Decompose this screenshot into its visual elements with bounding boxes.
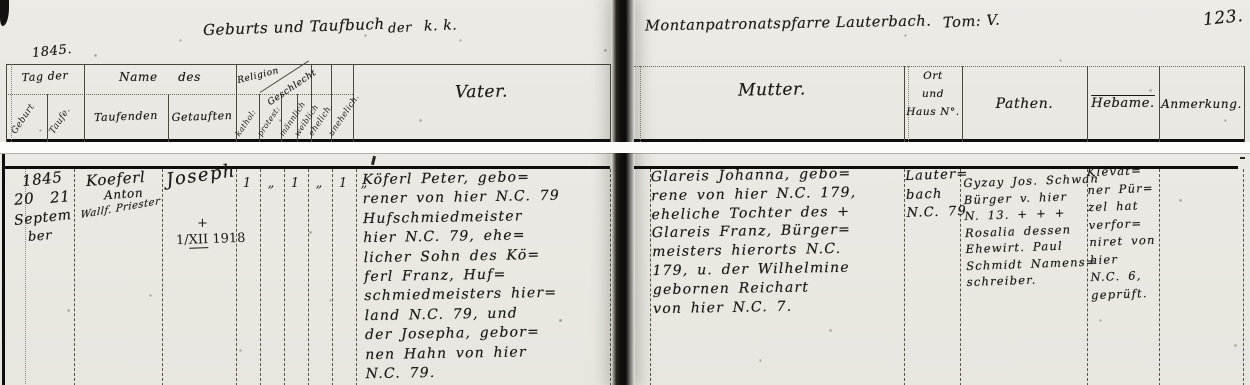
page-title-right: Montanpatronatspfarre Lauterbach. — [645, 14, 932, 35]
midwife-line: geprüft. — [1091, 284, 1158, 304]
place-line: bach — [906, 185, 961, 205]
scan-artifact — [1240, 157, 1245, 159]
midwife-line: ner Pür= — [1087, 179, 1154, 199]
place-line: Lauter= — [905, 166, 960, 186]
col-header-katholisch: kathol: — [234, 108, 258, 138]
col-header-name-des: Name des — [84, 70, 236, 84]
scanned-register-page: Geburts und Taufbuch der k. k. 1845. Mon… — [0, 0, 1250, 385]
grid-line — [640, 66, 641, 142]
col-header-ort-line3: Haus N°. — [904, 106, 962, 118]
place-line: N.C. 79 — [906, 203, 961, 223]
record-birth-day: 20 — [13, 189, 35, 209]
folio-number: 123. — [1202, 6, 1244, 30]
mother-line: von hier N.C. 7. — [653, 295, 903, 318]
father-line: N.C. 79. — [366, 361, 612, 385]
record-year: 1845 — [21, 168, 63, 190]
grid-line — [332, 169, 333, 385]
record-month-line1: Septem — [13, 207, 72, 229]
col-header-vater: Vater. — [353, 80, 610, 104]
record-death-date: 1/XII 1918 — [176, 231, 246, 248]
record-death-cross: + — [197, 216, 208, 231]
godparents-line: schreiber. — [966, 270, 1087, 291]
col-header-tag-der: Tag der — [6, 68, 85, 85]
record-baptism-day: 21 — [49, 187, 71, 207]
mark-weiblich: „ — [310, 176, 328, 191]
grid-line — [47, 94, 48, 142]
record-godparents-entry: Gyzay Jos. Schwan Bürger v. hier N. 13. … — [963, 171, 1087, 291]
mark-protestantisch: „ — [262, 176, 280, 191]
grid-line — [74, 169, 75, 385]
grid-line — [6, 94, 353, 95]
col-header-hebame: Hebame. — [1087, 96, 1159, 111]
record-child-name: Joseph — [165, 160, 237, 191]
col-header-pathen: Pathen. — [962, 96, 1087, 112]
record-father-entry: Köferl Peter, gebo= rener von hier N.C. … — [362, 167, 612, 385]
grid-line — [284, 169, 285, 385]
scan-artifact — [371, 156, 376, 165]
book-gutter-shadow — [611, 0, 635, 385]
col-header-geburt: Geburt — [10, 102, 37, 136]
midwife-line: niret von — [1089, 232, 1156, 252]
col-header-taufe: Taufe. — [48, 106, 73, 136]
mark-ehelich: 1 — [334, 176, 352, 191]
record-death-year: 1918 — [212, 231, 246, 247]
grid-line — [308, 169, 309, 385]
tome-number: Tom: V. — [943, 13, 1001, 32]
grid-line — [260, 169, 261, 385]
margin-year: 1845. — [31, 42, 73, 61]
record-midwife-entry: Klevat= ner Pür= zel hat verfor= niret v… — [1087, 162, 1158, 304]
col-header-ort-line1: Ort — [904, 70, 962, 82]
grid-line — [162, 169, 163, 385]
grid-line — [236, 169, 237, 385]
grid-line — [904, 169, 905, 385]
col-header-anmerkung: Anmerkung. — [1159, 97, 1244, 111]
grid-line — [1244, 66, 1245, 142]
record-place-entry: Lauter= bach N.C. 79 — [905, 166, 961, 223]
mark-maennlich: 1 — [286, 176, 304, 191]
col-header-ort-line2: und — [904, 88, 962, 100]
page-title-left: Geburts und Taufbuch — [203, 15, 385, 39]
scan-seam — [0, 142, 1250, 153]
record-death-day: 1/ — [176, 233, 189, 248]
mark-katholisch: 1 — [238, 176, 256, 191]
page-title-kk: k. k. — [424, 17, 458, 34]
grid-line — [634, 66, 1244, 67]
grid-line — [356, 169, 357, 385]
grid-line — [1243, 169, 1244, 385]
grid-line — [6, 64, 611, 65]
record-mother-entry: Glareis Johanna, gebo= rene von hier N.C… — [651, 164, 904, 319]
paper-speckles — [0, 0, 1, 1]
record-month-line2: ber — [28, 228, 53, 245]
col-header-mutter: Mutter. — [640, 78, 904, 103]
record-death-month: XII — [188, 232, 208, 249]
page-title-mid: der — [388, 20, 413, 36]
grid-line-heavy — [2, 154, 5, 385]
col-header-taufenden: Taufenden — [84, 109, 168, 125]
grid-line — [1159, 169, 1160, 385]
col-header-getauften: Getauften — [168, 109, 236, 124]
